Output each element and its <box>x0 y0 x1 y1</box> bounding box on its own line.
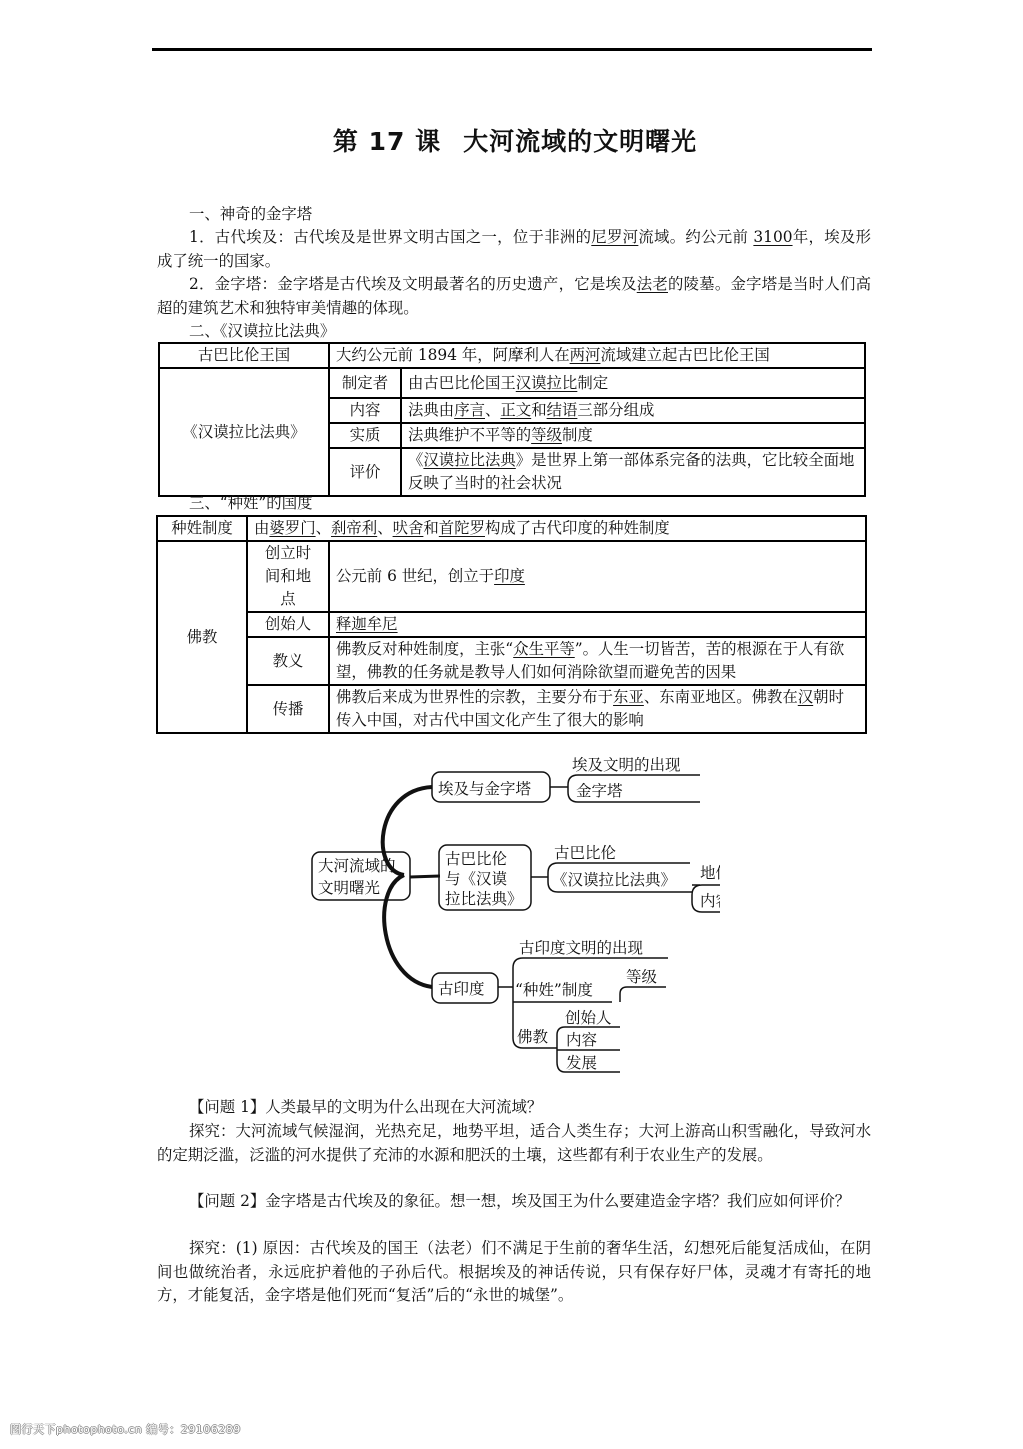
row-value: 《汉谟拉比法典》是世界上第一部体系完备的法典，它比较全面地反映了当时的社会状况 <box>401 448 865 496</box>
table-row: 种姓制度 由婆罗门、刹帝利、吠舍和首陀罗构成了古代印度的种姓制度 <box>157 516 866 541</box>
row-value: 佛教后来成为世界性的宗教，主要分布于东亚、东南亚地区。佛教在汉朝时传入中国，对古… <box>329 685 866 733</box>
row-label: 教义 <box>247 637 329 685</box>
row-label: 古巴比伦王国 <box>159 343 329 368</box>
watermark: 图行天下photophoto.cn 编号：29106289 <box>10 1421 241 1437</box>
lesson-name: 大河流域的文明曙光 <box>463 127 697 156</box>
row-value: 由婆罗门、刹帝利、吠舍和首陀罗构成了古代印度的种姓制度 <box>247 516 866 541</box>
mindmap-branch-babylon-1: 古巴比伦 <box>445 850 508 868</box>
question-1: 【问题 1】人类最早的文明为什么出现在大河流域？ <box>157 1096 871 1120</box>
table-row: 古巴比伦王国 大约公元前 1894 年，阿摩利人在两河流域建立起古巴比伦王国 <box>159 343 865 368</box>
mindmap-root-line1: 大河流域的 <box>318 857 396 875</box>
mindmap-egypt-child-2: 金字塔 <box>576 782 623 800</box>
table-row: 教义 佛教反对种姓制度，主张“众生平等”。人生一切皆苦，苦的根源在于人有欲望，佛… <box>157 637 866 685</box>
hammurabi-table: 古巴比伦王国 大约公元前 1894 年，阿摩利人在两河流域建立起古巴比伦王国 《… <box>158 342 866 497</box>
section1-paragraph-2: 2．金字塔：金字塔是古代埃及文明最著名的历史遗产，它是埃及法老的陵墓。金字塔是当… <box>157 273 871 320</box>
row-value: 由古巴比伦国王汉谟拉比制定 <box>401 368 865 398</box>
mindmap-buddhism-sub-1: 创始人 <box>565 1009 612 1027</box>
section3-heading: 三、“种姓”的国度 <box>157 492 871 516</box>
mindmap-babylon-child-2: 《汉谟拉比法典》 <box>552 871 676 889</box>
group-label: 《汉谟拉比法典》 <box>159 368 329 496</box>
row-label: 创立时间和地点 <box>247 541 329 612</box>
header-rule <box>152 48 872 51</box>
row-value: 法典维护不平等的等级制度 <box>401 423 865 448</box>
lesson-number: 第 17 课 <box>333 127 441 156</box>
row-value: 佛教反对种姓制度，主张“众生平等”。人生一切皆苦，苦的根源在于人有欲望，佛教的任… <box>329 637 866 685</box>
mindmap-babylon-child-1: 古巴比伦 <box>554 844 617 862</box>
mindmap-branch-india: 古印度 <box>438 980 485 998</box>
page-title: 第 17 课大河流域的文明曙光 <box>150 122 880 158</box>
row-label: 实质 <box>329 423 401 448</box>
row-label: 种姓制度 <box>157 516 247 541</box>
section1-paragraph-1: 1．古代埃及：古代埃及是世界文明古国之一，位于非洲的尼罗河流域。约公元前 310… <box>157 226 871 273</box>
row-value: 法典由序言、正文和结语三部分组成 <box>401 398 865 423</box>
row-label: 制定者 <box>329 368 401 398</box>
row-label: 传播 <box>247 685 329 733</box>
table-row: 传播 佛教后来成为世界性的宗教，主要分布于东亚、东南亚地区。佛教在汉朝时传入中国… <box>157 685 866 733</box>
mindmap-india-child-2: “种姓”制度 <box>515 981 593 999</box>
mindmap-branch-babylon-2: 与《汉谟 <box>445 870 508 888</box>
group-label: 佛教 <box>157 541 247 733</box>
mindmap-buddhism-sub-3: 发展 <box>566 1054 597 1072</box>
table-row: 创始人 释迦牟尼 <box>157 612 866 637</box>
answer-2: 探究：(1) 原因：古代埃及的国王（法老）们不满足于生前的奢华生活，幻想死后能复… <box>157 1237 871 1308</box>
mindmap-buddhism-sub-2: 内容 <box>566 1031 597 1049</box>
mindmap-branch-babylon-3: 拉比法典》 <box>445 890 523 908</box>
section2-heading: 二、《汉谟拉比法典》 <box>157 320 871 344</box>
mindmap-code-sub-2: 内容 <box>700 892 720 910</box>
section1-heading: 一、神奇的金字塔 <box>157 203 871 227</box>
mindmap-root-line2: 文明曙光 <box>318 879 380 897</box>
mind-map: 大河流域的 文明曙光 埃及与金字塔 埃及文明的出现 金字塔 古巴比伦 与《汉谟 … <box>300 740 720 1080</box>
mindmap-caste-sub: 等级 <box>626 968 658 986</box>
answer-1: 探究：大河流域气候湿润，光热充足，地势平坦，适合人类生存；大河上游高山积雪融化，… <box>157 1120 871 1167</box>
row-label: 评价 <box>329 448 401 496</box>
mindmap-india-child-3: 佛教 <box>517 1028 549 1046</box>
mindmap-branch-egypt: 埃及与金字塔 <box>438 780 532 798</box>
row-value: 大约公元前 1894 年，阿摩利人在两河流域建立起古巴比伦王国 <box>329 343 865 368</box>
mindmap-india-child-1: 古印度文明的出现 <box>519 939 643 957</box>
row-label: 内容 <box>329 398 401 423</box>
row-value: 公元前 6 世纪，创立于印度 <box>329 541 866 612</box>
row-label: 创始人 <box>247 612 329 637</box>
row-value: 释迦牟尼 <box>329 612 866 637</box>
table-row: 《汉谟拉比法典》 制定者 由古巴比伦国王汉谟拉比制定 <box>159 368 865 398</box>
question-2: 【问题 2】金字塔是古代埃及的象征。想一想，埃及国王为什么要建造金字塔？我们应如… <box>157 1190 871 1214</box>
table-row: 佛教 创立时间和地点 公元前 6 世纪，创立于印度 <box>157 541 866 612</box>
mindmap-code-sub-1: 地位 <box>700 863 720 882</box>
mindmap-egypt-child-1: 埃及文明的出现 <box>572 756 681 774</box>
caste-table: 种姓制度 由婆罗门、刹帝利、吠舍和首陀罗构成了古代印度的种姓制度 佛教 创立时间… <box>156 515 867 734</box>
